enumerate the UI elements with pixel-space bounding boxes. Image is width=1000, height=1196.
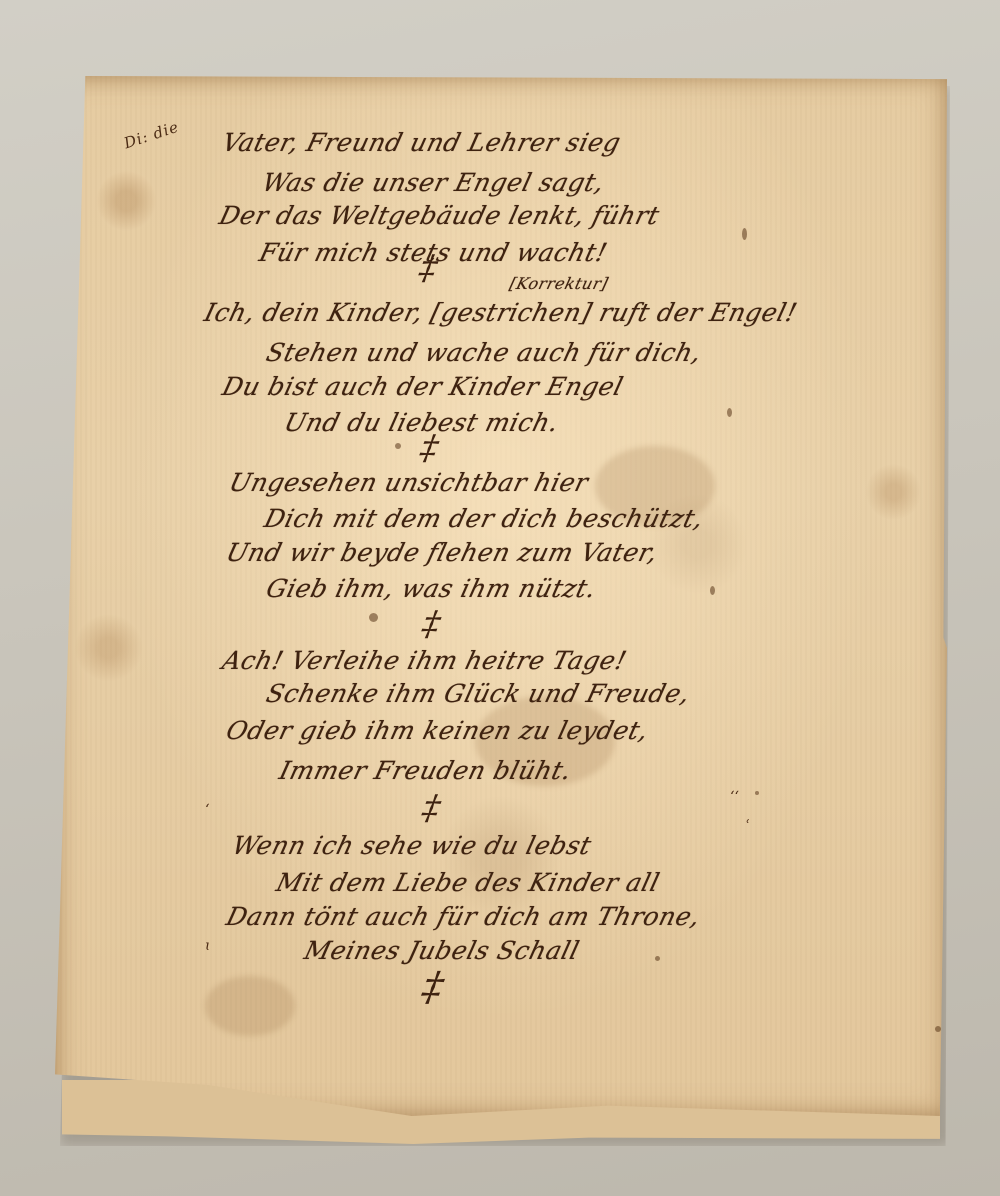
verse-line: Immer Freuden blüht.: [276, 756, 574, 785]
stanza-divider: ‡: [419, 604, 443, 644]
ink-spot: [369, 613, 378, 622]
verse-line: Schenke ihm Glück und Freude,: [263, 679, 693, 708]
verse-line: Der das Weltgebäude lenkt, führt: [216, 201, 662, 230]
ink-spot: [395, 443, 401, 449]
verse-line: Ach! Verleihe ihm heitre Tage!: [219, 646, 629, 675]
ink-spot: [655, 956, 660, 961]
correction-above: [Korrektur]: [508, 274, 611, 293]
verse-line: Und du liebest mich.: [281, 408, 562, 437]
verse-line: Mit dem Liebe des Kinder all: [273, 868, 662, 897]
verse-line: Du bist auch der Kinder Engel: [219, 372, 626, 401]
margin-note: Di: die: [122, 118, 182, 153]
ink-spot: [935, 1026, 941, 1032]
closing-flourish: ‡: [419, 964, 447, 1010]
verse-line: Was die unser Engel sagt,: [259, 168, 607, 197]
verse-line: Dann tönt auch für dich am Throne,: [223, 902, 703, 931]
stanza-divider: ‡: [416, 248, 440, 288]
verse-line: Meines Jubels Schall: [301, 936, 582, 965]
verse-line: Gieb ihm, was ihm nützt.: [263, 574, 599, 603]
ink-spot: [755, 791, 759, 795]
ink-spot: [727, 408, 732, 417]
stain: [205, 976, 295, 1036]
verse-line: Dich mit dem der dich beschützt,: [261, 504, 706, 533]
stain: [595, 446, 715, 526]
stanza-divider: ‡: [417, 428, 441, 468]
verse-line: Und wir beyde flehen zum Vater,: [223, 538, 660, 567]
margin-mark: ‘‘: [730, 789, 739, 805]
margin-mark: ɩ: [205, 938, 211, 954]
margin-mark: ‘: [205, 802, 209, 818]
manuscript-page: Di: die Vater, Freund und Lehrer sieg Wa…: [55, 76, 947, 1116]
ink-spot: [710, 586, 715, 595]
ink-spot: [742, 228, 747, 240]
verse-line: Für mich stets und wacht!: [256, 238, 610, 267]
margin-mark: ʿ: [745, 818, 749, 834]
verse-line: Oder gieb ihm keinen zu leydet,: [223, 716, 651, 745]
verse-line: Stehen und wache auch für dich,: [263, 338, 704, 367]
verse-line: Ungesehen unsichtbar hier: [226, 468, 591, 497]
verse-line: Wenn ich sehe wie du lebst: [229, 831, 594, 860]
stanza-divider: ‡: [419, 788, 443, 828]
verse-line: Ich, dein Kinder, [gestrichen] ruft der …: [201, 298, 800, 327]
verse-line: Vater, Freund und Lehrer sieg: [219, 128, 623, 157]
stain: [475, 696, 615, 786]
